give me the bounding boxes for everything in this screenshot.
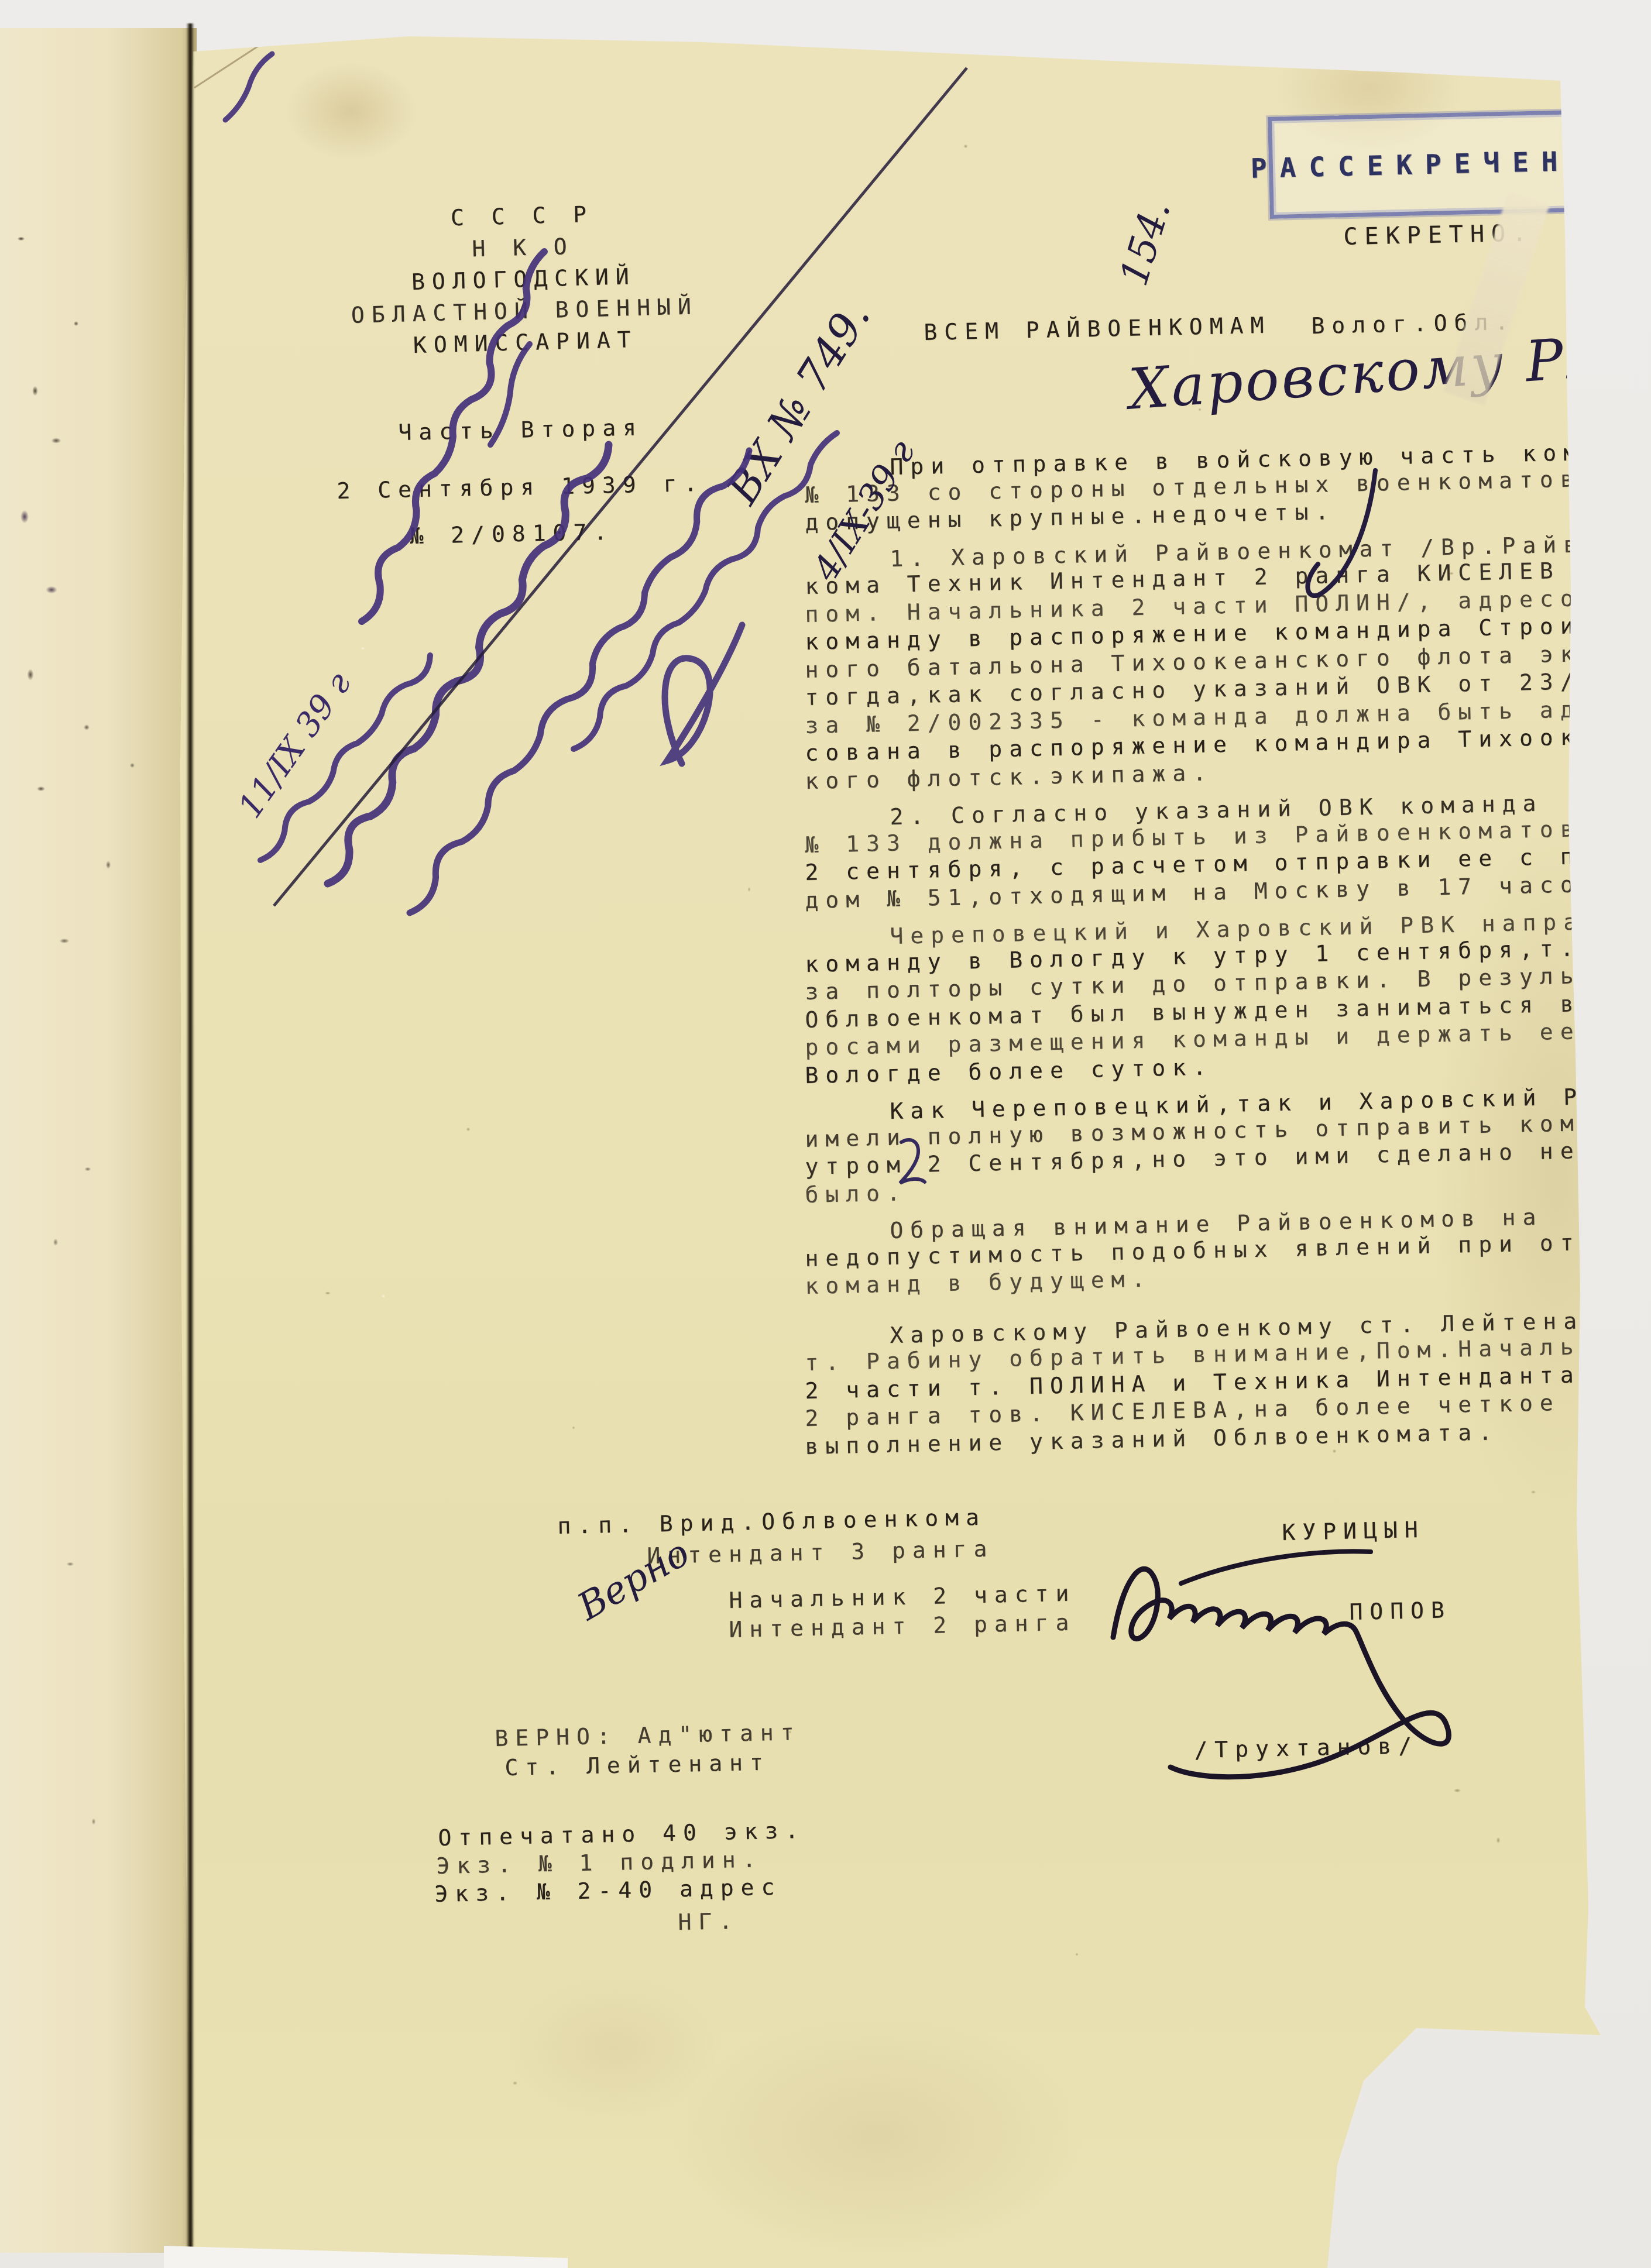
signature-name-kuritsyn: КУРИЦЫН	[1282, 1516, 1425, 1546]
address-to: ВСЕМ РАЙВОЕНКОМАМ	[924, 312, 1271, 346]
certify-name-trukhtanov: /Трухтанов/	[1194, 1732, 1419, 1764]
signature-post2-line1: Начальник 2 части	[729, 1580, 1076, 1614]
letterhead-line: Н К О	[315, 229, 731, 267]
signature-post2-line2: Интендант 2 ранга	[729, 1609, 1076, 1643]
letterhead-number: № 2/08107.	[410, 518, 615, 549]
signature-name-popov: ПОПОВ	[1349, 1596, 1451, 1626]
ink-specks	[0, 28, 197, 2253]
letterhead: С С С РН К ОВОЛОГОДСКИЙОБЛАСТНОЙ ВОЕННЫЙ…	[314, 197, 734, 366]
resolution-scrawl-stroke	[225, 54, 272, 120]
letter-big-loop	[665, 625, 742, 764]
letterhead-line: КОМИССАРИАТ	[317, 324, 733, 362]
signature-rank1: Интендант 3 ранга	[647, 1535, 994, 1569]
handwritten-incoming-number: ВХ № 749.	[717, 293, 880, 513]
letterhead-line: ОБЛАСТНОЙ ВОЕННЫЙ	[317, 292, 733, 330]
declassified-stamp-text: РАССЕКРЕЧЕНО	[1250, 145, 1599, 184]
popov-signature-bar	[1181, 1551, 1371, 1583]
letterhead-date: 2 Сентября 1939 г.	[337, 470, 705, 504]
footer-line: НГ.	[678, 1908, 740, 1936]
signature-pp-line: п.п. Врид.Облвоенкома	[557, 1504, 986, 1540]
letterhead-line: ВОЛОГОДСКИЙ	[315, 260, 732, 298]
handwritten-resolution-date: 11/IX 39 г	[231, 665, 359, 825]
binding-gutter	[186, 23, 194, 2268]
handwritten-page-number: 154.	[1111, 195, 1179, 291]
body-line: было.	[805, 1179, 907, 1208]
footer-line: Экз. № 2-40 адрес	[434, 1874, 782, 1908]
document-page: С С С РН К ОВОЛОГОДСКИЙОБЛАСТНОЙ ВОЕННЫЙ…	[0, 0, 1651, 2268]
page-fold-crease	[194, 35, 275, 88]
adjacent-file-page	[0, 28, 197, 2253]
letterhead-department: Часть Вторая	[398, 414, 643, 446]
certify-line2: Ст. Лейтенант	[504, 1749, 770, 1781]
letterhead-line: С С С Р	[314, 197, 730, 235]
certify-line1: ВЕРНО: Ад"ютант	[495, 1719, 801, 1752]
handwritten-verified-mark: Верно	[571, 1531, 697, 1629]
document-photo: С С С РН К ОВОЛОГОДСКИЙОБЛАСТНОЙ ВОЕННЫЙ…	[0, 0, 1651, 2268]
resolution-scrawl-stroke	[328, 445, 609, 884]
